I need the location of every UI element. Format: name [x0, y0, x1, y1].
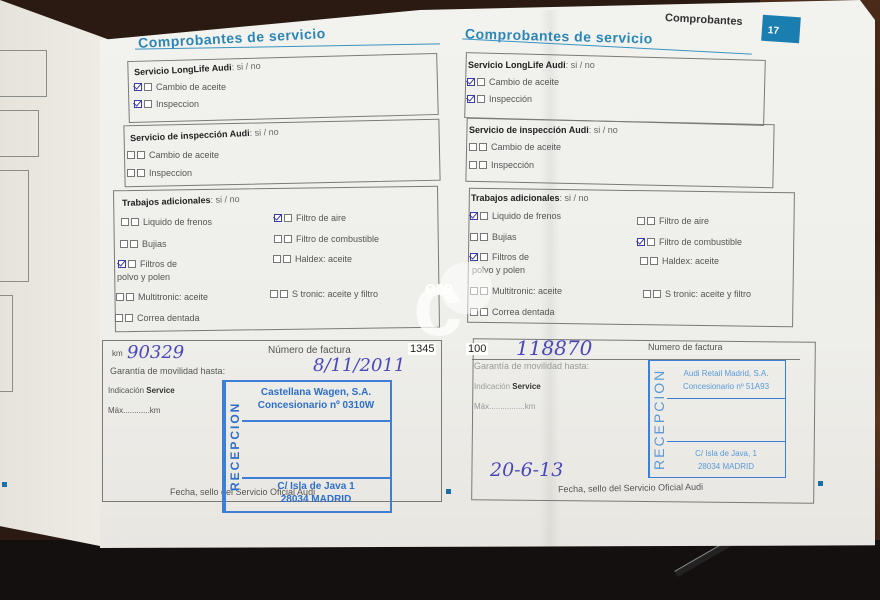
checkbox[interactable]	[126, 293, 134, 301]
stamp-address: C/ Isla de Java, 128034 MADRID	[667, 447, 785, 473]
checkbox[interactable]	[470, 233, 478, 241]
form-box-edge	[0, 110, 39, 157]
checkbox-item[interactable]: Filtro de combustible	[274, 234, 379, 244]
checkbox[interactable]	[640, 257, 648, 265]
table-surface	[0, 540, 880, 600]
max-label: Máx................km	[474, 402, 535, 411]
page-marker	[2, 482, 7, 487]
checkbox[interactable]	[120, 240, 128, 248]
checkbox[interactable]	[647, 238, 655, 246]
factura-label: Numero de factura	[648, 342, 723, 352]
checkbox[interactable]	[130, 240, 138, 248]
page-number: 17	[761, 15, 801, 44]
checkbox[interactable]	[125, 314, 133, 322]
checkbox[interactable]	[144, 100, 152, 108]
checkbox-item[interactable]: Filtro de aire	[274, 213, 346, 223]
checkbox-item[interactable]: Filtro de combustible	[637, 237, 742, 247]
checkbox-checked[interactable]	[467, 78, 475, 86]
checkbox[interactable]	[643, 290, 651, 298]
checkbox-item[interactable]: Cambio de aceite	[127, 150, 219, 160]
checkbox[interactable]	[477, 95, 485, 103]
checkbox-checked[interactable]	[134, 83, 142, 91]
checkbox-item[interactable]: Haldex: aceite	[640, 256, 719, 266]
checkbox-checked[interactable]	[134, 100, 142, 108]
checkbox[interactable]	[270, 290, 278, 298]
reception-stamp: RECEPCION Audi Retail Madrid, S.A.Conces…	[648, 360, 786, 478]
stamp-blank	[242, 422, 390, 479]
checkbox[interactable]	[477, 78, 485, 86]
checkbox[interactable]	[280, 290, 288, 298]
checkbox-item[interactable]: Cambio de aceite	[467, 77, 559, 87]
checkbox[interactable]	[121, 218, 129, 226]
checkbox[interactable]	[284, 214, 292, 222]
form-box-edge	[0, 170, 29, 282]
stamp-company: Audi Retail Madrid, S.A.Concesionario nº…	[667, 361, 785, 399]
checkbox-item[interactable]: Cambio de aceite	[469, 142, 561, 152]
checkbox[interactable]	[469, 161, 477, 169]
checkbox-item[interactable]: Inspección	[469, 160, 534, 170]
checkbox-checked[interactable]	[637, 238, 645, 246]
checkbox-item[interactable]: Bujias	[470, 232, 517, 242]
checkbox-checked[interactable]	[274, 214, 282, 222]
garantia-label: Garantía de movilidad hasta:	[110, 366, 225, 376]
date-value: 20-6-13	[490, 459, 563, 481]
checkbox[interactable]	[137, 151, 145, 159]
checkbox[interactable]	[127, 169, 135, 177]
checkbox[interactable]	[115, 314, 123, 322]
max-label: Máx............km	[108, 406, 160, 415]
indicacion-label: Indicación Service	[474, 382, 541, 391]
previous-page-edge	[0, 0, 110, 548]
checkbox[interactable]	[479, 143, 487, 151]
checkbox-item[interactable]: Correa dentada	[115, 313, 200, 323]
checkbox-checked[interactable]	[470, 212, 478, 220]
checkbox-item[interactable]: Bujias	[120, 239, 167, 249]
checkbox-item[interactable]: Liquido de frenos	[121, 217, 212, 227]
checkbox[interactable]	[480, 233, 488, 241]
checkbox-item[interactable]: Filtro de aire	[637, 216, 709, 226]
km-value: 118870	[516, 336, 592, 360]
checkbox-item[interactable]: Inspeccion	[127, 168, 192, 178]
stamp-address: C/ Isla de Java 128034 MADRID	[242, 480, 390, 506]
checkbox[interactable]	[653, 290, 661, 298]
checkbox-item[interactable]: S tronic: aceite y filtro	[270, 289, 378, 299]
checkbox-item[interactable]: Inspeccion	[134, 99, 199, 109]
stamp-vertical-text: RECEPCION	[224, 382, 244, 511]
checkbox-item[interactable]: Inspección	[467, 94, 532, 104]
form-box-edge	[0, 295, 13, 392]
km-value: 90329	[127, 342, 184, 363]
checkbox[interactable]	[131, 218, 139, 226]
checkbox-checked[interactable]	[118, 260, 126, 268]
checkbox[interactable]	[137, 169, 145, 177]
checkbox[interactable]	[284, 235, 292, 243]
checkbox[interactable]	[479, 161, 487, 169]
checkbox-item[interactable]: Cambio de aceite	[134, 82, 226, 92]
longlife-title: Servicio LongLife Audi: si / no	[468, 60, 595, 70]
checkbox-item[interactable]: Filtros de	[118, 259, 177, 269]
checkbox[interactable]	[469, 143, 477, 151]
checkbox[interactable]	[274, 235, 282, 243]
checkbox[interactable]	[127, 151, 135, 159]
checkbox[interactable]	[144, 83, 152, 91]
checkbox[interactable]	[637, 217, 645, 225]
reception-stamp: RECEPCION Castellana Wagen, S.A.Concesio…	[222, 380, 392, 513]
stamp-blank	[667, 399, 785, 442]
page-marker	[446, 489, 451, 494]
checkbox[interactable]	[647, 217, 655, 225]
checkbox[interactable]	[128, 260, 136, 268]
checkbox[interactable]	[116, 293, 124, 301]
checkbox-item[interactable]: Liquido de frenos	[470, 211, 561, 221]
checkbox-checked[interactable]	[467, 95, 475, 103]
item-continuation: polvo y polen	[117, 272, 170, 282]
checkbox[interactable]	[283, 255, 291, 263]
trabajos-title: Trabajos adicionales: si / no	[471, 193, 589, 203]
watermark-text: ore	[425, 278, 453, 299]
checkbox-item[interactable]: S tronic: aceite y filtro	[643, 289, 751, 299]
form-box-edge	[0, 50, 47, 97]
checkbox[interactable]	[480, 212, 488, 220]
page-marker	[818, 481, 823, 486]
checkbox-item[interactable]: Multitronic: aceite	[116, 292, 208, 302]
checkbox[interactable]	[273, 255, 281, 263]
km-label: km	[112, 349, 123, 358]
checkbox[interactable]	[650, 257, 658, 265]
inspeccion-title: Servicio de inspección Audi: si / no	[469, 125, 618, 135]
indicacion-label: Indicación Service	[108, 386, 175, 395]
checkbox-item[interactable]: Haldex: aceite	[273, 254, 352, 264]
stamp-company: Castellana Wagen, S.A.Concesionario nº 0…	[242, 382, 390, 422]
stamp-vertical-text: RECEPCION	[649, 361, 668, 477]
